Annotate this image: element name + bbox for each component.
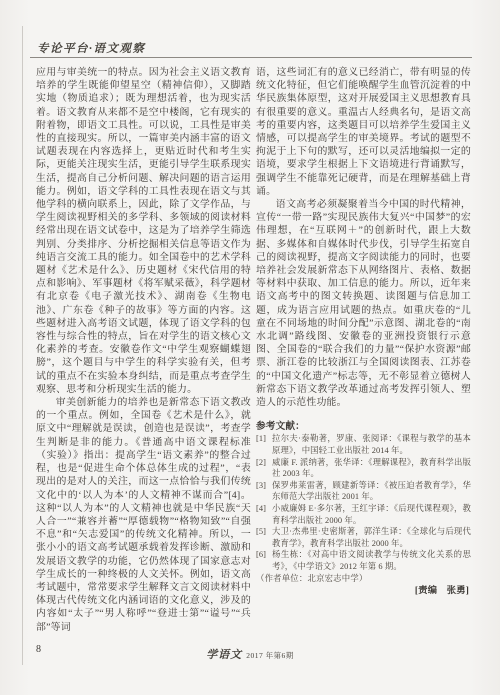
article-column-right: 语，这些词汇有的意义已经消亡，带有明显的传统文化特征，但它们能唤醒学生血管沉淀着… — [256, 66, 471, 598]
body-paragraph: 审美创新能力的培养也是新常态下语文教改的一个重点。例如，全国卷《艺术是什么》，就… — [36, 396, 251, 634]
reference-label: [3] — [256, 480, 272, 503]
reference-item: [3] 保罗弗莱雷著，顾建新等译：《被压迫者教育学》，华东师范大学出版社 200… — [256, 480, 471, 503]
footer-issue-label: 2017 年第6期 — [246, 651, 294, 660]
reference-label: [1] — [256, 433, 272, 456]
reference-item: [6] 杨生栋：《对高中语文阅读教学与传统文化关系的思考》，《中学语文》2012… — [256, 549, 471, 572]
reference-item: [2] 威廉 F. 派纳著，张华译：《理解课程》，教育科学出版社 2003 年。 — [256, 457, 471, 480]
article-column-left: 应用与审美统一的特点。因为社会主义语文教育培养的学生既能仰望星空（精神信仰），又… — [36, 66, 251, 634]
page-header: 专论平台·语文观察 — [37, 39, 467, 57]
body-paragraph: 应用与审美统一的特点。因为社会主义语文教育培养的学生既能仰望星空（精神信仰），又… — [36, 66, 251, 396]
reference-item: [4] 小威廉姆 E·多尔著，王红宇译：《后现代课程观》，教育科学出版社 200… — [256, 503, 471, 526]
references-heading: 参考文献： — [256, 420, 471, 433]
reference-text: 大卫·杰弗里·史密斯著，郭洋生译：《全球化与后现代教育学》，教育科学出版社 20… — [272, 526, 471, 549]
reference-text: 杨生栋：《对高中语文阅读教学与传统文化关系的思考》，《中学语文》2012 年第 … — [272, 549, 471, 572]
journal-page: 专论平台·语文观察 应用与审美统一的特点。因为社会主义语文教育培养的学生既能仰望… — [0, 0, 500, 695]
scan-gutter-line — [22, 26, 23, 665]
reference-item: [1] 拉尔夫·泰勒著，罗康、张阅译：《课程与教学的基本原理》，中国轻工业出版社… — [256, 433, 471, 456]
reference-text: 保罗弗莱雷著，顾建新等译：《被压迫者教育学》，华东师范大学出版社 2001 年。 — [272, 480, 471, 503]
author-affiliation: （作者单位：北京宏志中学） — [256, 573, 471, 585]
header-rule — [30, 57, 472, 58]
section-label: 专论平台·语文观察 — [37, 43, 145, 55]
footer-journal-line: 学语文 2017 年第6期 — [0, 645, 500, 663]
reference-text: 拉尔夫·泰勒著，罗康、张阅译：《课程与教学的基本原理》，中国轻工业出版社 201… — [272, 433, 471, 456]
references-section: 参考文献： [1] 拉尔夫·泰勒著，罗康、张阅译：《课程与教学的基本原理》，中国… — [256, 420, 471, 598]
reference-label: [2] — [256, 457, 272, 480]
reference-text: 威廉 F. 派纳著，张华译：《理解课程》，教育科学出版社 2003 年。 — [272, 457, 471, 480]
editor-credit: [责编 张勇] — [256, 585, 471, 598]
reference-label: [6] — [256, 549, 272, 572]
body-paragraph: 语文高考必须凝聚着当今中国的时代精神，宣传“一带一路”实现民族伟大复兴“中国梦”… — [256, 198, 471, 409]
footer-journal-name: 学语文 — [206, 649, 242, 661]
reference-label: [5] — [256, 526, 272, 549]
reference-label: [4] — [256, 503, 272, 526]
reference-item: [5] 大卫·杰弗里·史密斯著，郭洋生译：《全球化与后现代教育学》，教育科学出版… — [256, 526, 471, 549]
body-paragraph: 语，这些词汇有的意义已经消亡，带有明显的传统文化特征，但它们能唤醒学生血管沉淀着… — [256, 66, 471, 198]
reference-text: 小威廉姆 E·多尔著，王红宇译：《后现代课程观》，教育科学出版社 2000 年。 — [272, 503, 471, 526]
